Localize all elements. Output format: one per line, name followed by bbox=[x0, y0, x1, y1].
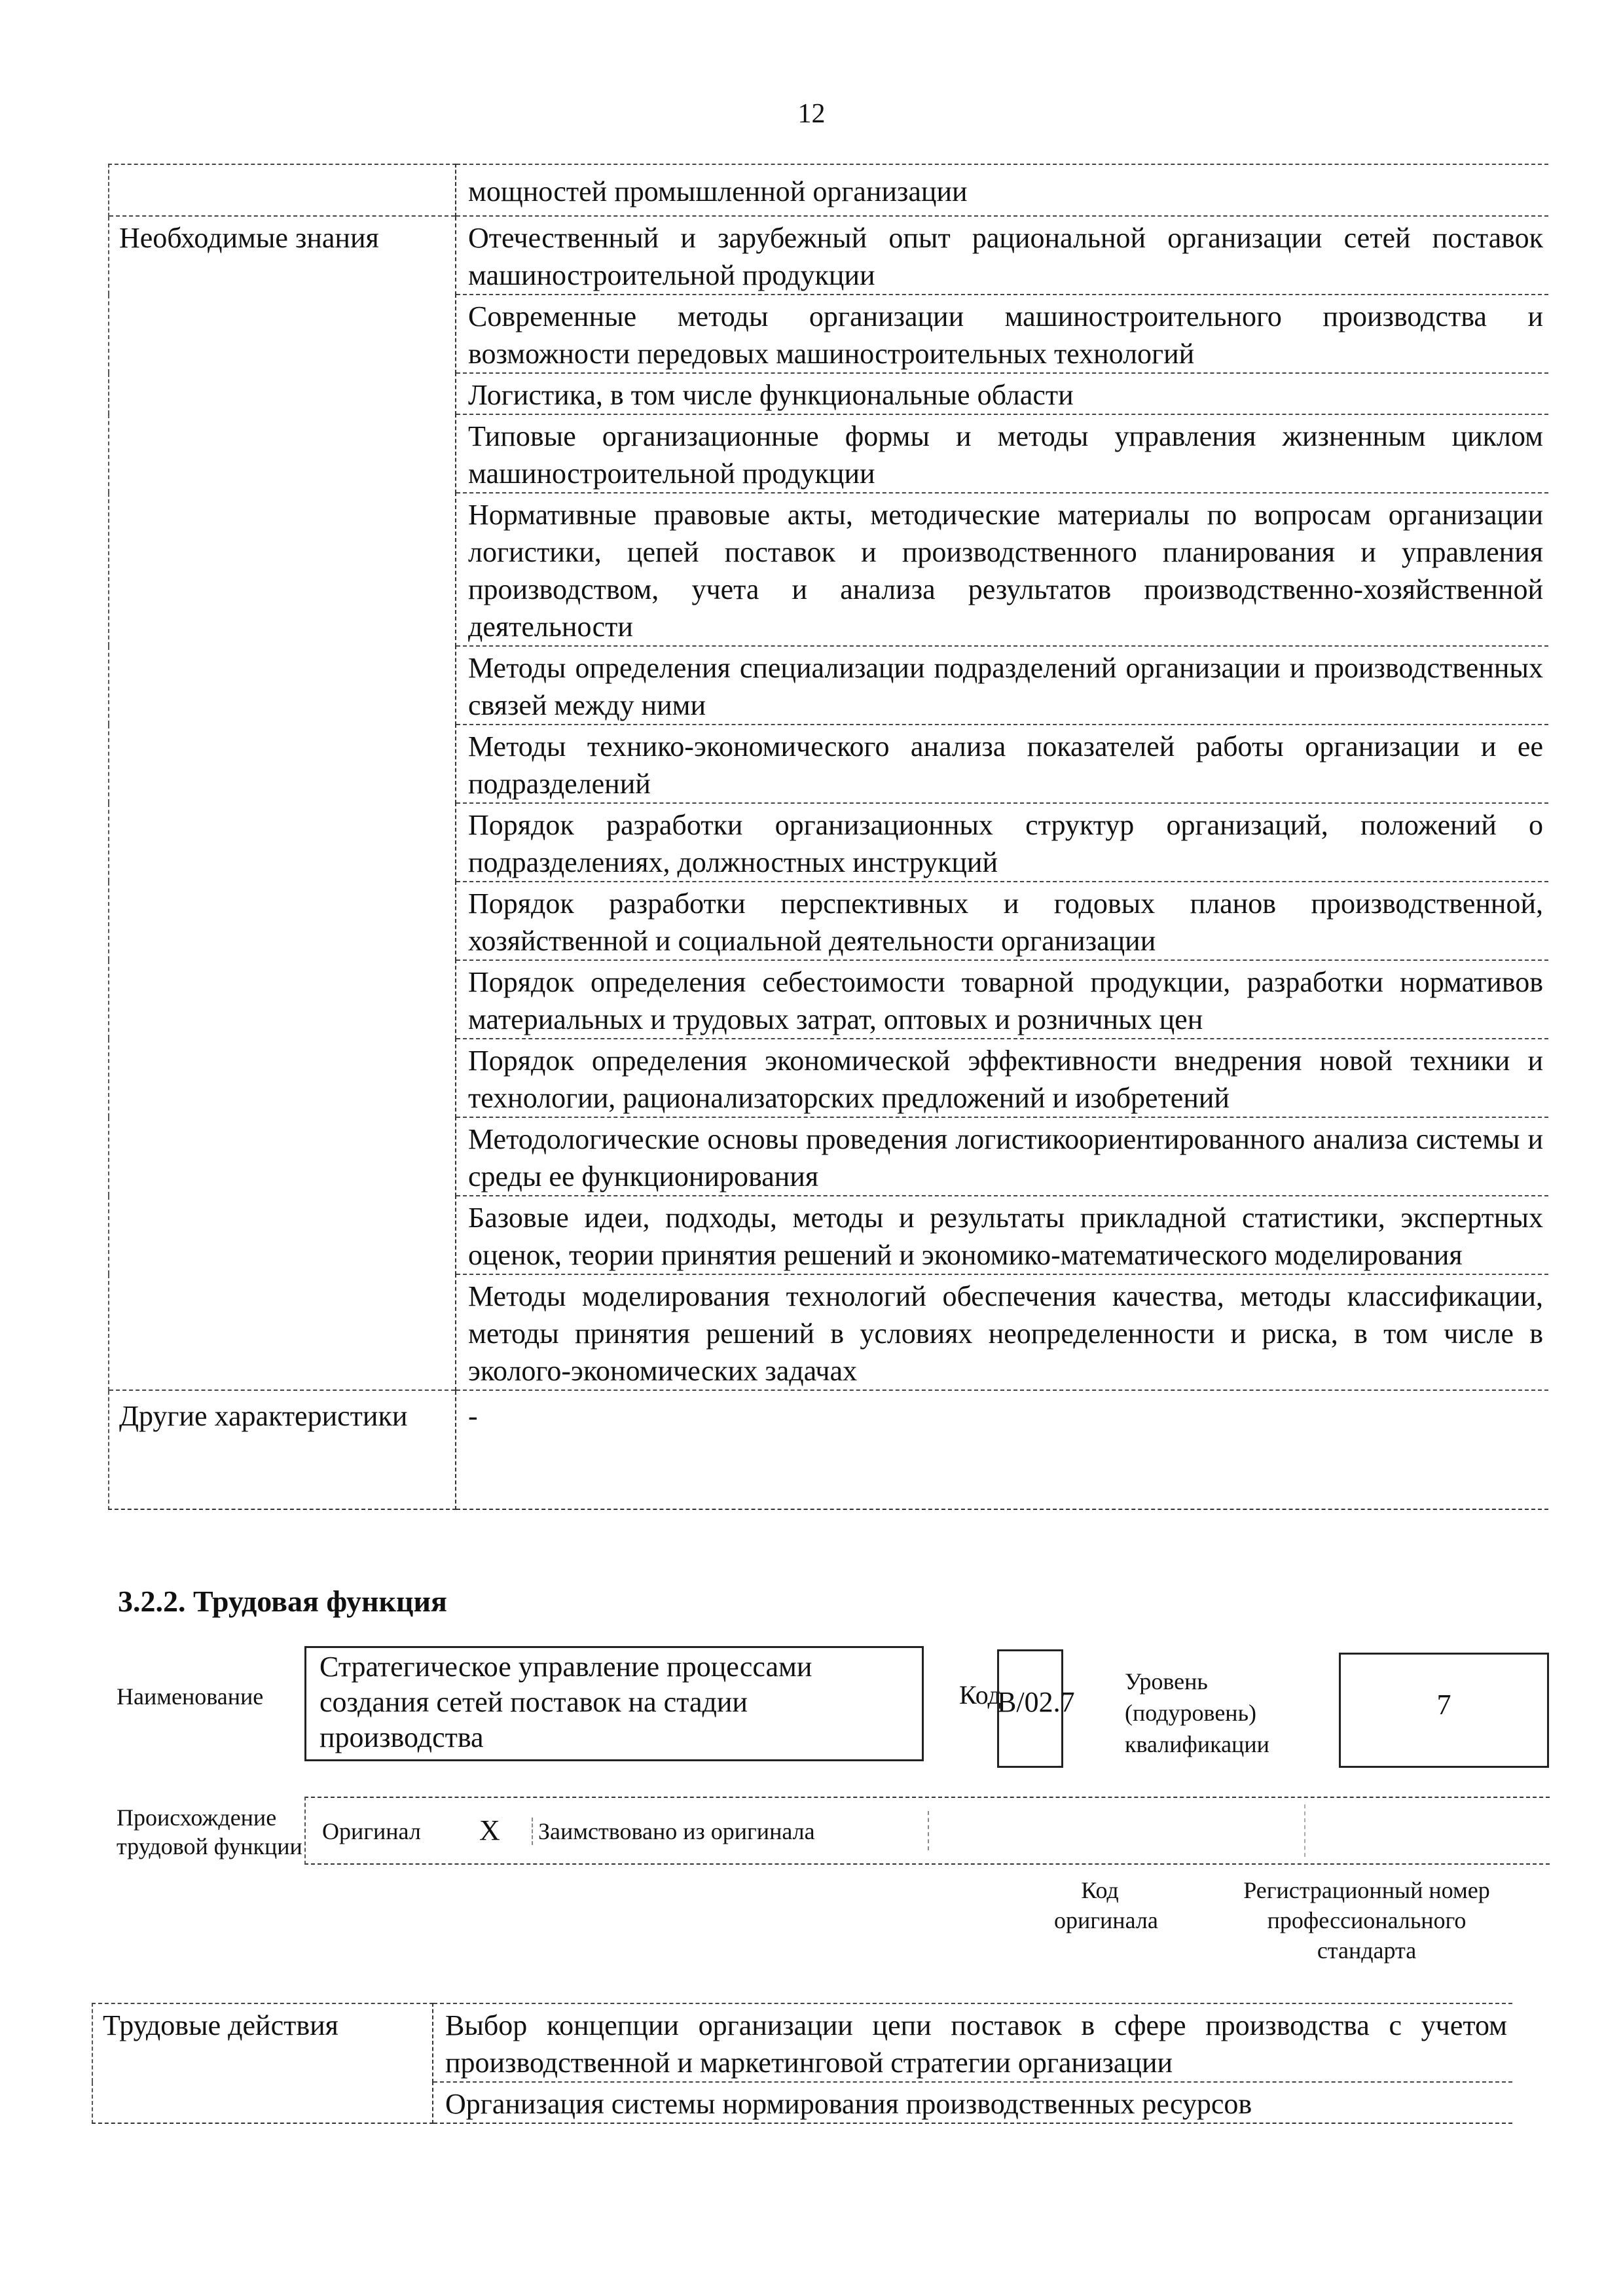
knowledge-item: Порядок определения себестоимости товарн… bbox=[456, 960, 1548, 1039]
section-title: 3.2.2. Трудовая функция bbox=[118, 1584, 447, 1619]
actions-table: Трудовые действия Выбор концепции органи… bbox=[92, 2003, 1512, 2124]
other-characteristics-value: - bbox=[456, 1390, 1548, 1509]
knowledge-item: Методы моделирования технологий обеспече… bbox=[456, 1274, 1548, 1390]
action-item: Выбор концепции организации цепи поставо… bbox=[433, 2003, 1512, 2082]
origin-code-label: Код оригинала bbox=[1054, 1875, 1146, 1935]
knowledge-item: Типовые организационные формы и методы у… bbox=[456, 414, 1548, 493]
knowledge-item: Методы технико-экономического анализа по… bbox=[456, 725, 1548, 803]
function-name: Стратегическое управление процессами соз… bbox=[306, 1648, 922, 1757]
actions-label: Трудовые действия bbox=[92, 2003, 433, 2123]
knowledge-item: Нормативные правовые акты, методические … bbox=[456, 493, 1548, 646]
knowledge-label: Необходимые знания bbox=[109, 216, 456, 1390]
origin-row: Оригинал X Заимствовано из оригинала bbox=[304, 1797, 1550, 1865]
level-value: 7 bbox=[1341, 1655, 1547, 1723]
origin-original-label: Оригинал bbox=[322, 1818, 421, 1845]
name-label: Наименование bbox=[117, 1682, 263, 1711]
knowledge-item: Отечественный и зарубежный опыт рационал… bbox=[456, 216, 1548, 295]
knowledge-item: Методы определения специализации подразд… bbox=[456, 646, 1548, 725]
page-number: 12 bbox=[0, 98, 1623, 130]
other-characteristics-label: Другие характеристики bbox=[109, 1390, 456, 1509]
action-item: Организация системы нормирования произво… bbox=[433, 2082, 1512, 2123]
knowledge-item: Порядок разработки организационных струк… bbox=[456, 803, 1548, 882]
code-value: B/02.7 bbox=[997, 1685, 1061, 1719]
level-box: 7 bbox=[1339, 1653, 1549, 1768]
level-label: Уровень (подуровень) квалификации bbox=[1125, 1666, 1282, 1760]
knowledge-item: Порядок разработки перспективных и годов… bbox=[456, 882, 1548, 960]
code-label: Код bbox=[959, 1681, 1001, 1710]
knowledge-table: мощностей промышленной организации Необх… bbox=[108, 164, 1548, 1510]
knowledge-item: Современные методы организации машиностр… bbox=[456, 295, 1548, 373]
origin-borrowed-label: Заимствовано из оригинала bbox=[532, 1818, 815, 1845]
knowledge-item: Порядок определения экономической эффект… bbox=[456, 1039, 1548, 1117]
origin-divider bbox=[928, 1811, 929, 1850]
origin-label: Происхождение трудовой функции bbox=[117, 1803, 313, 1861]
origin-reg-label: Регистрационный номер профессионального … bbox=[1221, 1875, 1512, 1965]
knowledge-item: Базовые идеи, подходы, методы и результа… bbox=[456, 1196, 1548, 1274]
knowledge-item: Методологические основы проведения логис… bbox=[456, 1117, 1548, 1196]
name-box: Стратегическое управление процессами соз… bbox=[304, 1646, 924, 1761]
origin-original-mark[interactable]: X bbox=[479, 1814, 500, 1847]
origin-divider bbox=[1304, 1804, 1305, 1857]
continuation-text: мощностей промышленной организации bbox=[456, 164, 1548, 216]
knowledge-item: Логистика, в том числе функциональные об… bbox=[456, 373, 1548, 414]
empty-label-cell bbox=[109, 164, 456, 216]
